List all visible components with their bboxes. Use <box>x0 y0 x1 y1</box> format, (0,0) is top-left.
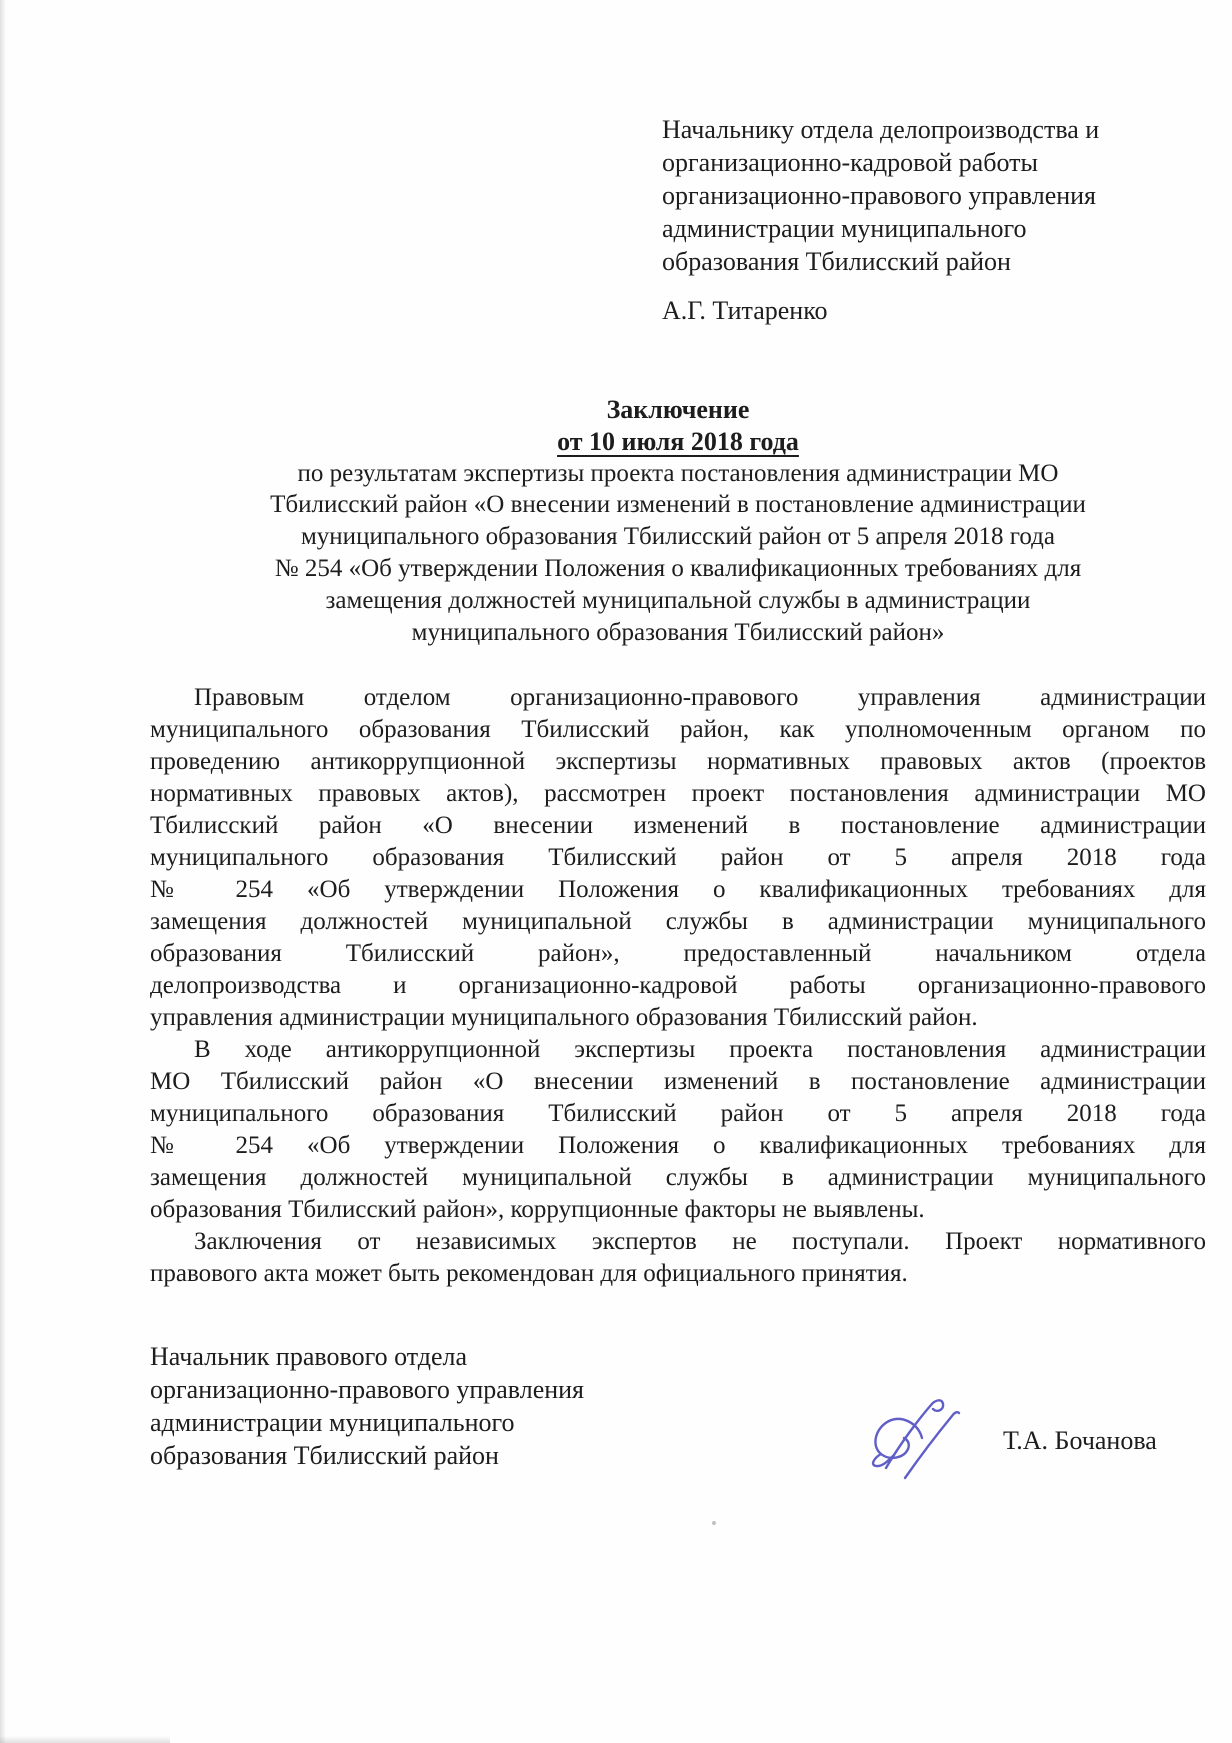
document-body: Правовым отделом организационно-правовог… <box>150 682 1206 1290</box>
document-title: Заключение <box>150 394 1206 426</box>
body-line: делопроизводства и организационно-кадров… <box>150 970 1206 1002</box>
signatory-line: администрации муниципального <box>150 1406 710 1439</box>
signatory-line: организационно-правового управления <box>150 1373 710 1406</box>
addressee-block: Начальнику отдела делопроизводства и орг… <box>662 113 1142 278</box>
addressee-line: администрации муниципального <box>662 212 1142 245</box>
addressee-line: образования Тбилисский район <box>662 245 1142 278</box>
body-line: нормативных правовых актов), рассмотрен … <box>150 778 1206 810</box>
body-line: № 254 «Об утверждении Положения о квалиф… <box>150 874 1206 906</box>
body-line: муниципального образования Тбилисский ра… <box>150 1098 1206 1130</box>
scan-edge-bottom-shadow <box>0 1736 170 1743</box>
body-line: проведению антикоррупционной экспертизы … <box>150 746 1206 778</box>
body-line: Тбилисский район «О внесении изменений в… <box>150 810 1206 842</box>
body-line: Заключения от независимых экспертов не п… <box>150 1226 1206 1258</box>
body-line: МО Тбилисский район «О внесении изменени… <box>150 1066 1206 1098</box>
addressee-line: организационно-кадровой работы <box>662 146 1142 179</box>
addressee-line: организационно-правового управления <box>662 179 1142 212</box>
addressee-line: Начальнику отдела делопроизводства и <box>662 113 1142 146</box>
subtitle-line: № 254 «Об утверждении Положения о квалиф… <box>150 553 1206 585</box>
body-line: № 254 «Об утверждении Положения о квалиф… <box>150 1130 1206 1162</box>
scan-speck <box>712 1521 716 1525</box>
signatory-line: образования Тбилисский район <box>150 1439 710 1472</box>
body-line: Правовым отделом организационно-правовог… <box>150 682 1206 714</box>
document-page: Начальнику отдела делопроизводства и орг… <box>0 0 1232 1743</box>
body-line: управления администрации муниципального … <box>150 1002 1206 1034</box>
body-line: муниципального образования Тбилисский ра… <box>150 714 1206 746</box>
body-paragraph: Правовым отделом организационно-правовог… <box>150 682 1206 1034</box>
body-paragraph: Заключения от независимых экспертов не п… <box>150 1226 1206 1290</box>
body-line: образования Тбилисский район», предостав… <box>150 938 1206 970</box>
signatory-line: Начальник правового отдела <box>150 1340 710 1373</box>
title-block: Заключение от 10 июля 2018 года по резул… <box>150 394 1206 648</box>
subtitle-line: Тбилисский район «О внесении изменений в… <box>150 489 1206 521</box>
body-line: замещения должностей муниципальной служб… <box>150 906 1206 938</box>
signatory-block: Начальник правового отдела организационн… <box>150 1340 710 1472</box>
signatory-name: Т.А. Бочанова <box>1003 1424 1157 1457</box>
document-date: от 10 июля 2018 года <box>150 426 1206 458</box>
body-line: замещения должностей муниципальной служб… <box>150 1162 1206 1194</box>
signature-icon <box>860 1388 992 1484</box>
subtitle-line: муниципального образования Тбилисский ра… <box>150 617 1206 649</box>
addressee-name: А.Г. Титаренко <box>662 294 828 327</box>
document-date-text: от 10 июля 2018 года <box>557 427 799 456</box>
body-line: муниципального образования Тбилисский ра… <box>150 842 1206 874</box>
subtitle-line: муниципального образования Тбилисский ра… <box>150 521 1206 553</box>
body-line: правового акта может быть рекомендован д… <box>150 1258 1206 1290</box>
body-paragraph: В ходе антикоррупционной экспертизы прое… <box>150 1034 1206 1226</box>
subtitle-line: по результатам экспертизы проекта постан… <box>150 458 1206 490</box>
subtitle-line: замещения должностей муниципальной служб… <box>150 585 1206 617</box>
body-line: образования Тбилисский район», коррупцио… <box>150 1194 1206 1226</box>
body-line: В ходе антикоррупционной экспертизы прое… <box>150 1034 1206 1066</box>
scan-edge-shadow <box>0 0 6 1743</box>
